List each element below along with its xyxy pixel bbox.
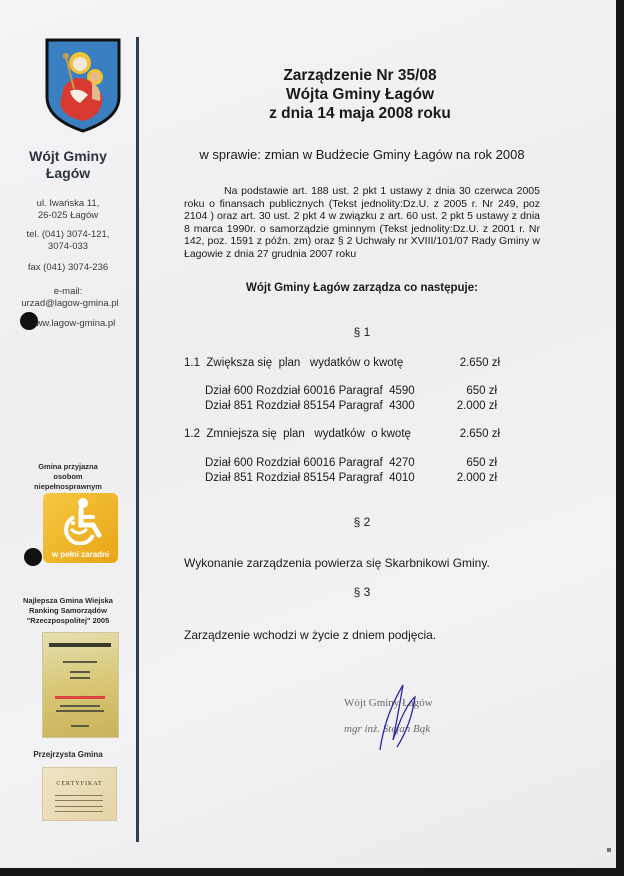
scan-artifact [607, 848, 611, 852]
accessibility-caption: Gmina przyjazna osobom niepełnosprawnym [0, 462, 136, 492]
handwritten-signature-icon [375, 675, 425, 755]
punch-hole [20, 312, 38, 330]
decrease-item-amount: 650 zł [417, 457, 497, 469]
transparency-certificate-image: CERTYFIKAT [42, 767, 117, 821]
decrease-item-amount: 2.000 zł [417, 472, 497, 484]
address: ul. Iwańska 11, 26-025 Łagów [0, 198, 136, 222]
email-link[interactable]: urzad@lagow-gmina.pl [2, 298, 138, 310]
scanned-document-page: Wójt Gminy Łagów ul. Iwańska 11, 26-025 … [0, 0, 616, 868]
certificate-title: CERTYFIKAT [43, 781, 116, 787]
wheelchair-smile-icon [57, 497, 107, 545]
ranking-caption: Najlepsza Gmina Wiejska Ranking Samorząd… [0, 596, 136, 626]
section-1-heading: § 1 [184, 325, 540, 339]
legal-basis: Na podstawie art. 188 ust. 2 pkt 1 ustaw… [184, 185, 540, 261]
ranking-award-image [42, 632, 119, 738]
decrease-item: Dział 851 Rozdział 85154 Paragraf 4010 [205, 472, 415, 484]
document-subject: w sprawie: zmian w Budżecie Gminy Łagów … [184, 147, 540, 163]
section-3-heading: § 3 [184, 585, 540, 599]
email-label: e-mail: [0, 286, 136, 298]
increase-label: 1.1 Zwiększa się plan wydatków o kwotę [184, 357, 403, 369]
sidebar-title: Wójt Gminy Łagów [0, 148, 136, 182]
section-2-heading: § 2 [184, 515, 540, 529]
increase-amount: 2.650 zł [420, 357, 500, 369]
increase-item: Dział 600 Rozdział 60016 Paragraf 4590 [205, 385, 415, 397]
decrease-amount: 2.650 zł [420, 428, 500, 440]
decree-statement: Wójt Gminy Łagów zarządza co następuje: [184, 282, 540, 294]
decrease-label: 1.2 Zmniejsza się plan wydatków o kwotę [184, 428, 411, 440]
decrease-item: Dział 600 Rozdział 60016 Paragraf 4270 [205, 457, 415, 469]
sidebar-divider [136, 37, 139, 842]
punch-hole [24, 548, 42, 566]
coat-of-arms-icon [44, 37, 122, 134]
accessibility-badge: w pełni zaradni [43, 493, 118, 563]
section-3-text: Zarządzenie wchodzi w życie z dniem podj… [184, 628, 436, 642]
section-2-text: Wykonanie zarządzenia powierza się Skarb… [184, 556, 490, 570]
document-title: Zarządzenie Nr 35/08 Wójta Gminy Łagów z… [180, 66, 540, 123]
phone: tel. (041) 3074-121, 3074-033 [0, 229, 136, 253]
badge-label: w pełni zaradni [43, 550, 118, 559]
increase-item-amount: 650 zł [417, 385, 497, 397]
increase-item-amount: 2.000 zł [417, 400, 497, 412]
transparency-caption: Przejrzysta Gmina [0, 750, 136, 760]
increase-item: Dział 851 Rozdział 85154 Paragraf 4300 [205, 400, 415, 412]
letterhead-sidebar: Wójt Gminy Łagów ul. Iwańska 11, 26-025 … [0, 0, 136, 868]
fax: fax (041) 3074-236 [0, 262, 136, 274]
